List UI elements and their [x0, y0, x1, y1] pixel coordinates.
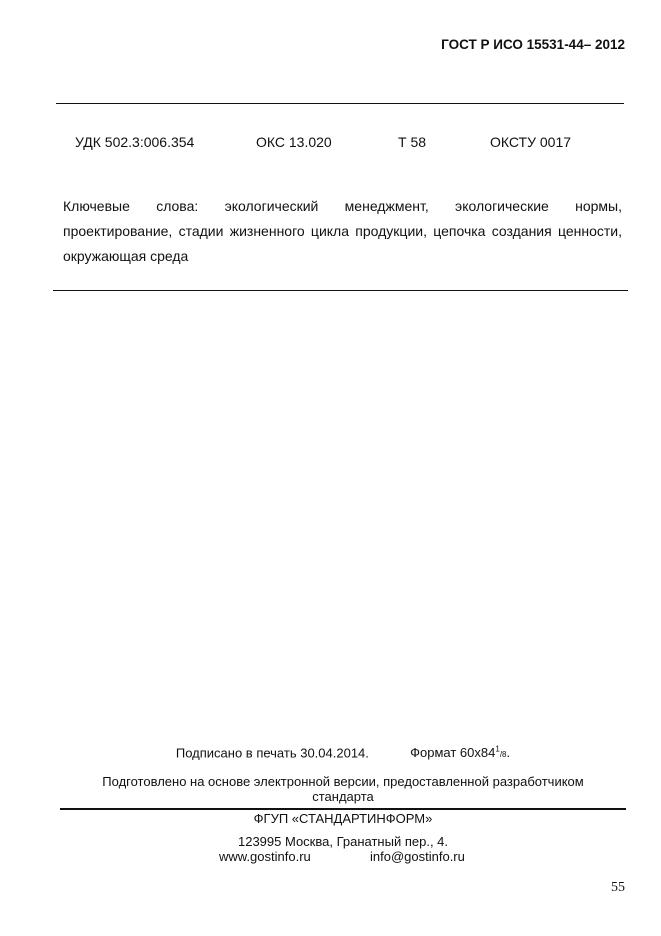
- keywords-divider: [53, 290, 628, 291]
- publisher-address: 123995 Москва, Гранатный пер., 4.: [60, 834, 626, 849]
- page-number: 55: [570, 880, 625, 896]
- publisher-name: ФГУП «СТАНДАРТИНФОРМ»: [60, 811, 626, 826]
- publisher-website[interactable]: www.gostinfo.ru: [219, 849, 311, 864]
- keywords-paragraph: Ключевые слова: экологический менеджмент…: [63, 194, 622, 269]
- okstu-code: ОКСТУ 0017: [490, 134, 571, 150]
- footer-divider: [60, 808, 626, 810]
- udk-code: УДК 502.3:006.354: [75, 134, 194, 150]
- oks-code: ОКС 13.020: [256, 134, 332, 150]
- prepared-note-line1: Подготовлено на основе электронной верси…: [60, 774, 626, 789]
- signed-for-print-line: Подписано в печать 30.04.2014. Формат 60…: [60, 745, 626, 760]
- standard-code-header: ГОСТ Р ИСО 15531-44– 2012: [420, 37, 625, 52]
- t-code: Т 58: [398, 134, 426, 150]
- signed-date: Подписано в печать 30.04.2014.: [176, 745, 369, 760]
- top-divider: [56, 103, 624, 104]
- paper-format: Формат 60x841/8.: [410, 745, 510, 760]
- publisher-email[interactable]: info@gostinfo.ru: [370, 849, 465, 864]
- prepared-note-line2: стандарта: [60, 789, 626, 804]
